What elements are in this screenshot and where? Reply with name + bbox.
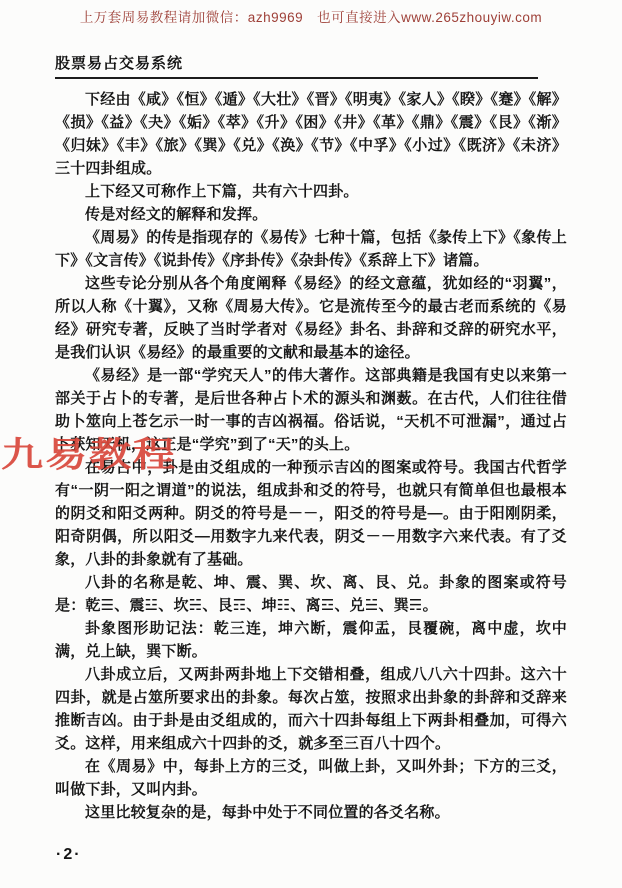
promo-banner-text: 上万套周易教程请加微信：azh9969 也可直接进入www.265zhouyiw… [80, 10, 542, 25]
running-header: 股票易占交易系统 [55, 52, 538, 79]
paragraph-zhuan-definition: 传是对经文的解释和发挥。 [55, 203, 567, 226]
paragraph-lower-canon-hexagrams: 下经由《咸》《恒》《遁》《大壮》《晋》《明夷》《家人》《睽》《蹇》《解》《损》《… [55, 88, 567, 180]
promo-banner: 上万套周易教程请加微信：azh9969 也可直接进入www.265zhouyiw… [0, 6, 622, 26]
paragraph-trigram-mnemonic: 卦象图形助记法：乾三连，坤六断，震仰盂，艮覆碗，离中虚，坎中满，兑上缺，巽下断。 [55, 617, 567, 663]
paragraph-upper-lower-canon: 上下经又可称作上下篇，共有六十四卦。 [55, 180, 567, 203]
paragraph-eight-trigrams: 八卦的名称是乾、坤、震、巽、坎、离、艮、兑。卦象的图案或符号是：乾☰、震☳、坎☵… [55, 571, 567, 617]
paragraph-yizhuan-list: 《周易》的传是指现存的《易传》七种十篇，包括《彖传上下》《象传上下》《文言传》《… [55, 226, 567, 272]
paragraph-sixty-four-hexagrams: 八卦成立后，又两卦两卦地上下交错相叠，组成八八六十四卦。这六十四卦，就是占筮所要… [55, 663, 567, 755]
paragraph-yin-yang-lines: 在易占中，卦是由爻组成的一种预示吉凶的图案或符号。我国古代哲学有“一阴一阳之谓道… [55, 456, 567, 571]
body-text: 下经由《咸》《恒》《遁》《大壮》《晋》《明夷》《家人》《睽》《蹇》《解》《损》《… [55, 88, 567, 824]
document-page: 上万套周易教程请加微信：azh9969 也可直接进入www.265zhouyiw… [0, 0, 622, 888]
paragraph-ten-wings: 这些专论分别从各个角度阐释《易经》的经文意蕴，犹如经的“羽翼”，所以人称《十翼》… [55, 272, 567, 364]
paragraph-line-names: 这里比较复杂的是，每卦中处于不同位置的各爻名称。 [55, 801, 567, 824]
page-number: ·2· [56, 846, 82, 864]
paragraph-yijing-divination: 《易经》是一部“学究天人”的伟大著作。这部典籍是我国有史以来第一部关于占卜的专著… [55, 364, 567, 456]
paragraph-inner-outer-trigram: 在《周易》中，每卦上方的三爻，叫做上卦，又叫外卦；下方的三爻，叫做下卦，又叫内卦… [55, 755, 567, 801]
page-title: 股票易占交易系统 [55, 55, 183, 72]
